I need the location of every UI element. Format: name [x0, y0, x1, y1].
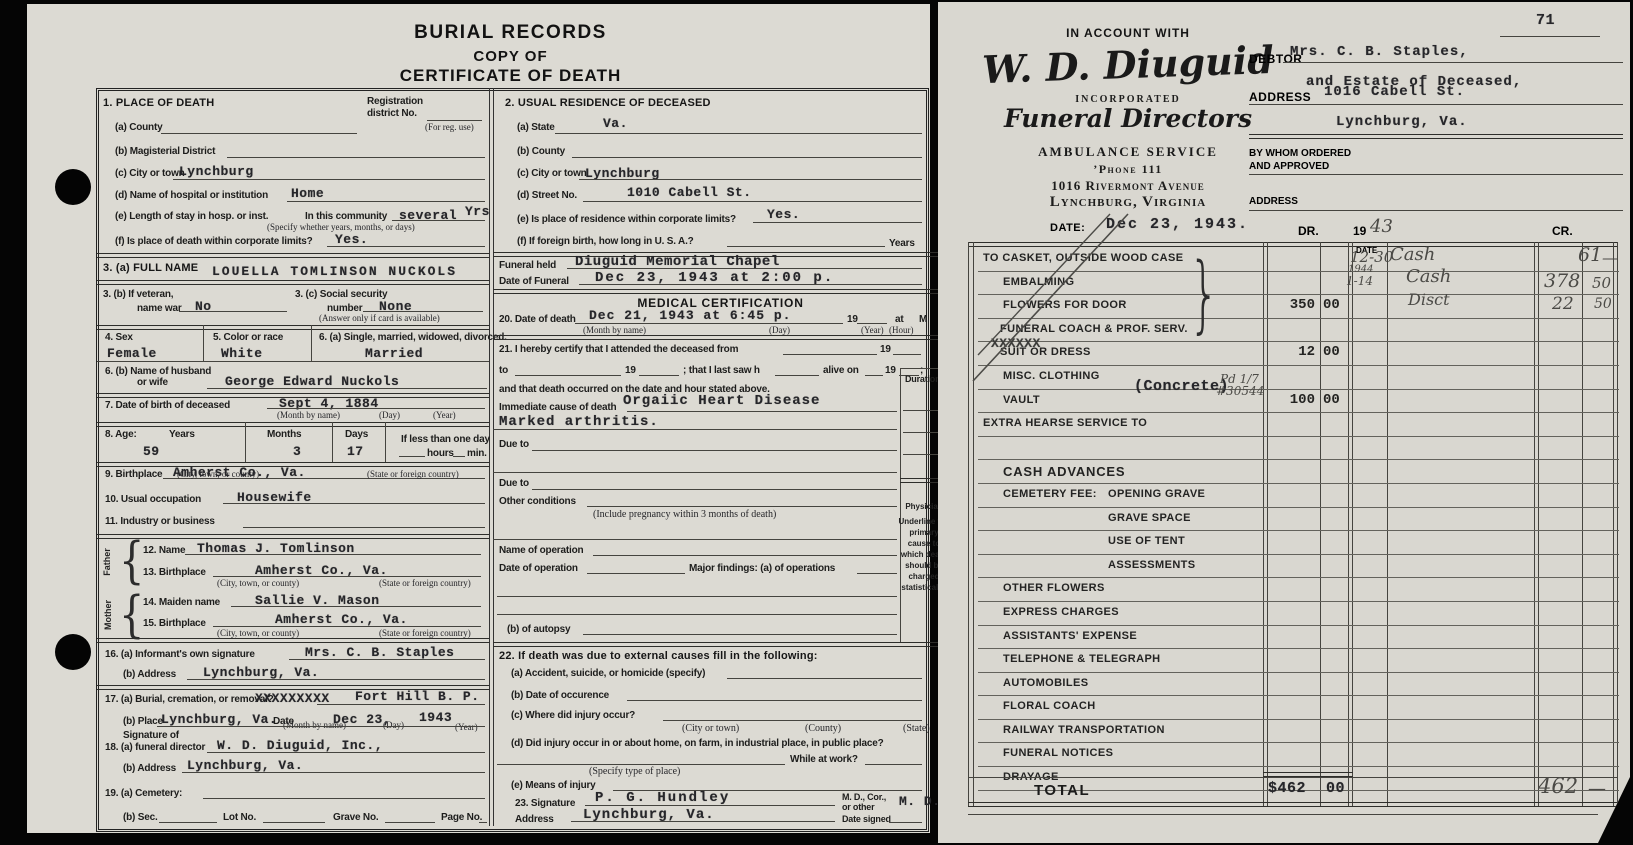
race-value: White — [221, 346, 263, 361]
fullname-label: 3. (a) FULL NAME — [103, 262, 198, 274]
informant-addr-value: Lynchburg, Va. — [203, 665, 319, 680]
account-page: 71 IN ACCOUNT WITH W. D. Diuguid INCORPO… — [938, 2, 1630, 843]
duration-label: Duration — [905, 374, 940, 384]
state-label: (a) State — [517, 122, 555, 133]
dod-label: 20. Date of death — [499, 314, 576, 325]
findings-label: Major findings: (a) of operations — [689, 563, 835, 574]
fd-sig-value: W. D. Diuguid, Inc., — [217, 738, 383, 753]
res-county-label: (b) County — [517, 146, 565, 157]
reg-use-label: (For reg. use) — [425, 122, 474, 132]
total-cr-cents: — — [1588, 778, 1606, 799]
informant-value: Mrs. C. B. Staples — [305, 645, 454, 660]
hole-punch-top — [55, 169, 91, 205]
spouse-label-2: or wife — [137, 377, 168, 388]
age-days-value: 17 — [347, 444, 364, 459]
certify-alive: alive on — [823, 365, 859, 376]
dob-month-hint: (Month by name) — [277, 410, 340, 420]
father-bp-hint2: (State or foreign country) — [379, 578, 471, 588]
total-dr-cents: 00 — [1326, 780, 1345, 797]
cause-value1: Orgaiic Heart Disease — [623, 393, 820, 409]
signature-value: P. G. Hundley — [595, 790, 730, 806]
dob-year-hint: (Year) — [433, 410, 456, 420]
fd-sig-label1: Signature of — [123, 730, 179, 741]
dod-hour-hint: (Hour) — [889, 325, 914, 335]
age-months-value: 3 — [293, 444, 301, 459]
age-less-label: If less than one day — [401, 434, 490, 445]
date-signed-label: Date signed — [842, 814, 891, 824]
where-state-hint: (State) — [903, 723, 930, 734]
certify-lastsaw: ; that I last saw h — [683, 365, 760, 376]
md-value: M. D. — [899, 794, 941, 809]
mother-label: Mother — [103, 600, 113, 630]
hospital-label: (d) Name of hospital or institution — [115, 190, 268, 201]
occurence-label: (b) Date of occurence — [511, 690, 609, 701]
other-cond-label: Other conditions — [499, 496, 576, 507]
street-label: (d) Street No. — [517, 190, 577, 201]
father-bp-hint1: (City, town, or county) — [217, 578, 299, 588]
hole-punch-bottom — [55, 634, 91, 670]
res-limits-label: (e) Is place of residence within corpora… — [517, 214, 736, 225]
county-label: (a) County — [115, 122, 162, 133]
cause-value2: Marked arthritis. — [499, 414, 659, 430]
res-limits-value: Yes. — [767, 207, 800, 222]
mother-brace: { — [119, 586, 144, 644]
certify-to: to — [499, 365, 508, 376]
doc-subtitle-1: COPY OF — [96, 48, 925, 65]
fd-addr-value: Lynchburg, Va. — [187, 758, 303, 773]
accident-label: (a) Accident, suicide, or homicide (spec… — [511, 668, 705, 679]
fd-sig-label2: 18. (a) funeral director — [105, 742, 205, 753]
injury-home-label: (d) Did injury occur in or about home, o… — [511, 738, 883, 749]
md-cor-label1: M. D., Cor., — [842, 792, 886, 802]
father-name-label: 12. Name — [143, 545, 185, 556]
cause-label: Immediate cause of death — [499, 402, 616, 413]
md-cor-label2: or other — [842, 802, 874, 812]
reg-no-label: district No. — [367, 108, 417, 119]
state-value: Va. — [603, 116, 628, 131]
spouse-value: George Edward Nuckols — [225, 374, 399, 389]
s1-heading: 1. PLACE OF DEATH — [103, 97, 214, 109]
foreign-label: (f) If foreign birth, how long in U. S. … — [517, 236, 694, 247]
namewar-label: name war — [137, 303, 182, 314]
ssn-hint: (Answer only if card is available) — [319, 313, 440, 323]
fullname-value: LOUELLA TOMLINSON NUCKOLS — [212, 264, 457, 279]
lot-label: Lot No. — [223, 812, 256, 823]
age-months-label: Months — [267, 429, 301, 440]
total-dr-amount: $462 — [1268, 780, 1306, 797]
due2-label: Due to — [499, 478, 529, 489]
birthplace-hint2: (State or foreign country) — [367, 469, 459, 479]
s22-heading: 22. If death was due to external causes … — [499, 650, 818, 662]
op-name-label: Name of operation — [499, 545, 583, 556]
certify-19c: 19 — [885, 365, 896, 376]
where-county-hint: (County) — [805, 723, 841, 734]
sex-label: 4. Sex — [105, 332, 133, 343]
mother-name-label: 14. Maiden name — [143, 597, 220, 608]
corp-limits-label: (f) Is place of death within corporate l… — [115, 236, 313, 247]
marital-value: Married — [365, 346, 423, 361]
doc-title: BURIAL RECORDS — [96, 22, 925, 44]
autopsy-label: (b) of autopsy — [507, 624, 570, 635]
certify-19b: 19 — [625, 365, 636, 376]
s2-heading: 2. USUAL RESIDENCE OF DECEASED — [505, 97, 711, 109]
pageno-label: Page No. — [441, 812, 482, 823]
city-label: (c) City or town — [115, 168, 185, 179]
corp-limits-value: Yes. — [335, 232, 368, 247]
dod-value: Dec 21, 1943 at 6:45 p. — [589, 308, 791, 323]
race-label: 5. Color or race — [213, 332, 283, 343]
sig-addr-label: Address — [515, 814, 554, 825]
cemetery-label: 19. (a) Cemetery: — [105, 788, 182, 799]
hospital-value: Home — [291, 186, 324, 201]
certify-line1: 21. I hereby certify that I attended the… — [499, 344, 738, 355]
total-cr-amount: 462 — [1538, 774, 1578, 798]
burial-place-value: Lynchburg, Va. — [161, 712, 277, 727]
burial-date-value2: 1943 — [419, 710, 452, 725]
mother-birthplace-label: 15. Birthplace — [143, 618, 206, 629]
op-date-label: Date of operation — [499, 563, 578, 574]
community-units: Yrs — [465, 204, 490, 219]
while-at-work-label: While at work? — [790, 754, 858, 765]
certificate-page: BURIAL RECORDS COPY OF CERTIFICATE OF DE… — [27, 4, 930, 833]
stay-hint: (Specify whether years, months, or days) — [267, 222, 415, 232]
years-label: Years — [889, 238, 915, 249]
occupation-label: 10. Usual occupation — [105, 494, 201, 505]
place-type-hint: (Specify type of place) — [589, 766, 680, 777]
dod-m: M — [919, 314, 927, 325]
due1-label: Due to — [499, 439, 529, 450]
street-value: 1010 Cabell St. — [627, 185, 752, 200]
mother-bp-hint1: (City, town, or county) — [217, 628, 299, 638]
dob-label: 7. Date of birth of deceased — [105, 400, 230, 411]
age-days-label: Days — [345, 429, 368, 440]
magisterial-label: (b) Magisterial District — [115, 146, 215, 157]
where-label: (c) Where did injury occur? — [511, 710, 635, 721]
dod-day-hint: (Day) — [769, 325, 790, 335]
city-value: Lynchburg — [179, 164, 254, 179]
certify-19a: 19 — [880, 344, 891, 355]
informant-label: 16. (a) Informant's own signature — [105, 649, 255, 660]
hours-label: hours — [427, 448, 454, 459]
dod-year-hint: (Year) — [861, 325, 884, 335]
informant-addr-label: (b) Address — [123, 669, 176, 680]
stay-label: (e) Length of stay in hosp. or inst. — [115, 211, 268, 222]
signature-label: 23. Signature — [515, 798, 575, 809]
burial-label: 17. (a) Burial, cremation, or removal? — [105, 694, 274, 705]
marital-label: 6. (a) Single, married, widowed, divorce… — [319, 332, 507, 343]
spouse-label-1: 6. (b) Name of husband — [105, 366, 211, 377]
dod-month-hint: (Month by name) — [583, 325, 646, 335]
father-brace: { — [119, 532, 144, 590]
where-city-hint: (City or town) — [682, 723, 739, 734]
scanned-burial-record: BURIAL RECORDS COPY OF CERTIFICATE OF DE… — [0, 0, 1633, 845]
funeral-date-label: Date of Funeral — [499, 276, 569, 287]
means-label: (e) Means of injury — [511, 780, 596, 791]
reg-label: Registration — [367, 96, 423, 107]
burial-month-hint: (Month by name) — [283, 720, 346, 730]
community-label: In this community — [305, 211, 387, 222]
sex-value: Female — [107, 346, 157, 361]
industry-label: 11. Industry or business — [105, 516, 215, 527]
funeral-held-label: Funeral held — [499, 260, 556, 271]
burial-value: Fort Hill B. P. — [355, 689, 480, 704]
age-years-value: 59 — [143, 444, 160, 459]
age-years-label: Years — [169, 429, 195, 440]
dod-at: at — [895, 314, 904, 325]
res-city-label: (c) City or town — [517, 168, 587, 179]
grave-label: Grave No. — [333, 812, 378, 823]
total-label: TOTAL — [1034, 782, 1090, 799]
audit-slash-marks — [938, 2, 1630, 843]
min-label: min. — [467, 448, 487, 459]
age-label: 8. Age: — [105, 429, 137, 440]
burial-day-hint: (Day) — [383, 720, 404, 730]
column-divider — [489, 88, 494, 826]
sec-label: (b) Sec. — [123, 812, 158, 823]
other-cond-hint: (Include pregnancy within 3 months of de… — [593, 509, 776, 520]
doc-subtitle-2: CERTIFICATE OF DEATH — [96, 66, 925, 86]
mother-birthplace-value: Amherst Co., Va. — [275, 612, 408, 627]
ssn-label: 3. (c) Social security — [295, 289, 387, 300]
father-birthplace-label: 13. Birthplace — [143, 567, 206, 578]
veteran-label: 3. (b) If veteran, — [103, 289, 173, 300]
father-label: Father — [102, 548, 112, 576]
mother-bp-hint2: (State or foreign country) — [379, 628, 471, 638]
fd-addr-label: (b) Address — [123, 763, 176, 774]
burial-year-hint: (Year) — [455, 722, 478, 732]
birthplace-hint1: (City, town, or county) — [177, 469, 259, 479]
birthplace-label: 9. Birthplace — [105, 469, 162, 480]
dob-day-hint: (Day) — [379, 410, 400, 420]
